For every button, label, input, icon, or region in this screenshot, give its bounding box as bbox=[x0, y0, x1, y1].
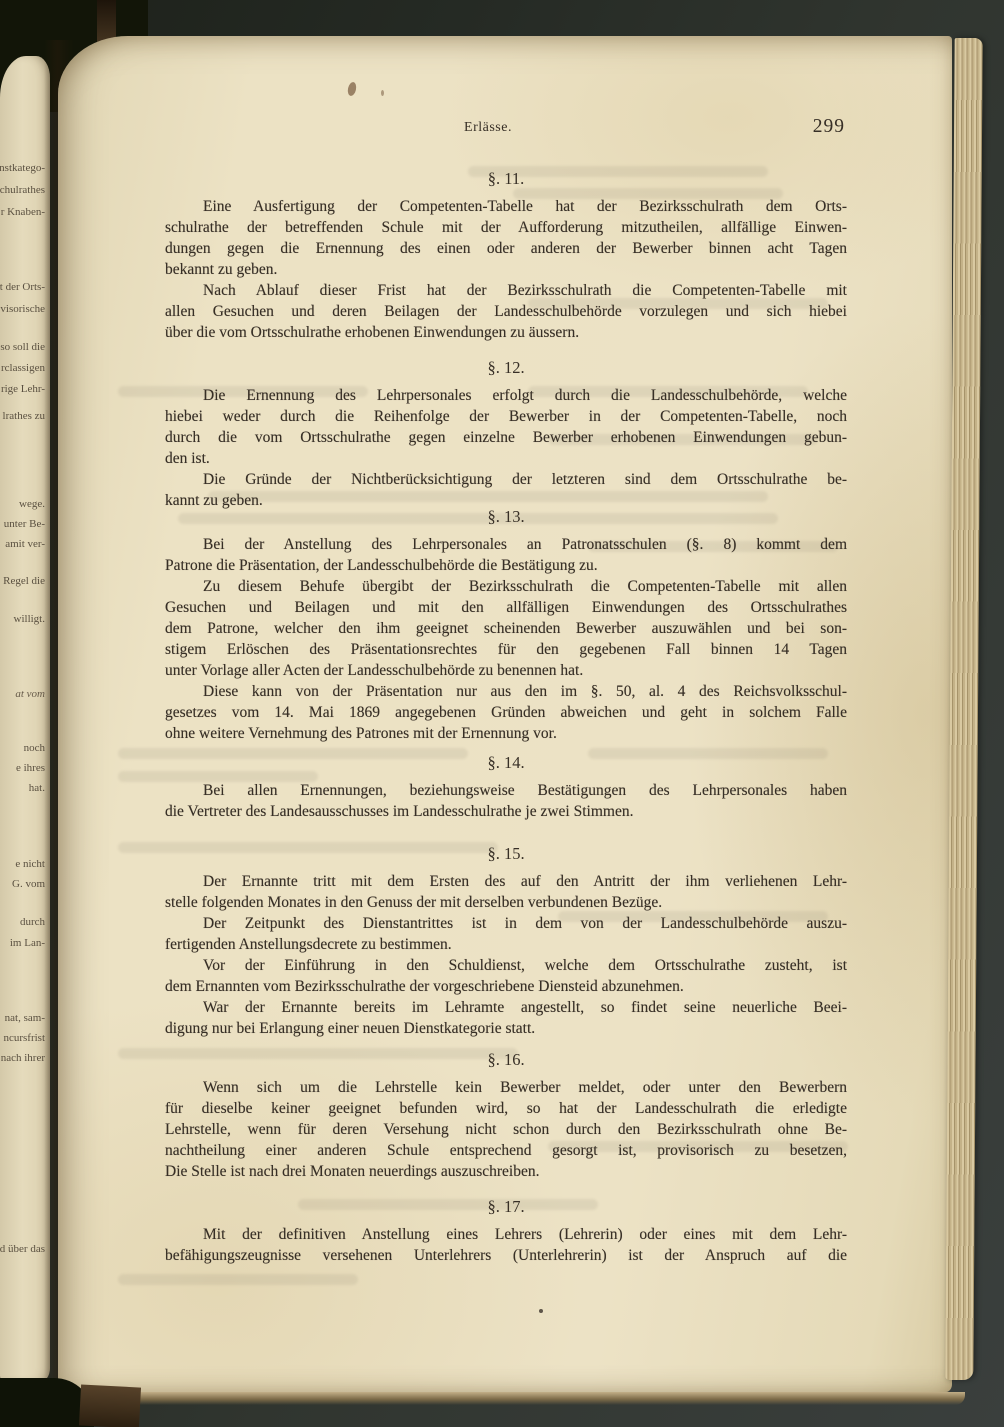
margin-fragment: lrathes zu bbox=[3, 410, 45, 423]
margin-fragment: ncursfrist bbox=[3, 1032, 45, 1045]
section-heading: §. 13. bbox=[165, 505, 847, 534]
text-line: stigem Erlöschen des Präsentationsrechte… bbox=[165, 639, 847, 660]
text-line: Die Ernennung des Lehrpersonales erfolgt… bbox=[165, 385, 847, 406]
text-line: Mit der definitiven Anstellung eines Leh… bbox=[165, 1224, 847, 1245]
text-line: stelle folgenden Monates in den Genuss d… bbox=[165, 892, 847, 913]
paragraph: Der Zeitpunkt des Dienstantrittes ist in… bbox=[165, 913, 847, 955]
text-line: über die vom Ortsschulrathe erhobenen Ei… bbox=[165, 322, 847, 343]
bleedthrough-smudge bbox=[118, 1274, 358, 1285]
margin-fragment: amit ver- bbox=[5, 538, 45, 551]
ink-speck bbox=[539, 1309, 543, 1313]
margin-fragment: durch bbox=[20, 916, 45, 929]
page-bottom-edge bbox=[62, 1392, 965, 1405]
margin-fragment: e ihres bbox=[16, 762, 45, 775]
margin-fragment: r Knaben- bbox=[1, 206, 45, 219]
text-line: die Vertreter des Landesausschusses im L… bbox=[165, 801, 847, 822]
text-line: durch die vom Ortsschulrathe gegen einze… bbox=[165, 427, 847, 448]
text-line: bekannt zu geben. bbox=[165, 259, 847, 280]
section-12: §. 12.Die Ernennung des Lehrpersonales e… bbox=[165, 356, 847, 511]
paragraph: Der Ernannte tritt mit dem Ersten des au… bbox=[165, 871, 847, 913]
text-line: Der Zeitpunkt des Dienstantrittes ist in… bbox=[165, 913, 847, 934]
text-line: hiebei weder durch die Reihenfolge der B… bbox=[165, 406, 847, 427]
section-heading: §. 15. bbox=[165, 842, 847, 871]
text-line: Bei allen Ernennungen, beziehungsweise B… bbox=[165, 780, 847, 801]
text-line: ohne weitere Vernehmung des Patrones mit… bbox=[165, 723, 847, 744]
paragraph: Die Ernennung des Lehrpersonales erfolgt… bbox=[165, 385, 847, 469]
margin-fragment: nach ihrer bbox=[1, 1052, 45, 1065]
section-heading: §. 11. bbox=[165, 167, 847, 196]
margin-fragment: d über das bbox=[0, 1243, 45, 1256]
paragraph: Diese kann von der Präsentation nur aus … bbox=[165, 681, 847, 744]
paragraph: War der Ernannte bereits im Lehramte ang… bbox=[165, 997, 847, 1039]
margin-fragment: at vom bbox=[15, 688, 45, 701]
text-line: unter Vorlage aller Acten der Landesschu… bbox=[165, 660, 847, 681]
text-line: digung nur bei Erlangung einer neuen Die… bbox=[165, 1018, 847, 1039]
section-heading: §. 16. bbox=[165, 1048, 847, 1077]
text-line: dem Patrone, welcher den ihm geeignet sc… bbox=[165, 618, 847, 639]
margin-fragment: im Lan- bbox=[10, 937, 45, 950]
paragraph: Wenn sich um die Lehrstelle kein Bewerbe… bbox=[165, 1077, 847, 1182]
book-spine-bottom bbox=[79, 1384, 141, 1427]
margin-fragment: rclassigen bbox=[1, 362, 45, 375]
section-15: §. 15.Der Ernannte tritt mit dem Ersten … bbox=[165, 842, 847, 1039]
paragraph: Nach Ablauf dieser Frist hat der Bezirks… bbox=[165, 280, 847, 343]
section-heading: §. 17. bbox=[165, 1195, 847, 1224]
margin-fragment: t der Orts- bbox=[0, 281, 45, 294]
book-page: Erlässe. 299 §. 11.Eine Ausfertigung der… bbox=[58, 36, 952, 1392]
text-line: fertigenden Anstellungsdecrete zu bestim… bbox=[165, 934, 847, 955]
running-head: Erlässe. bbox=[165, 120, 811, 136]
section-13: §. 13.Bei der Anstellung des Lehrpersona… bbox=[165, 505, 847, 744]
text-line: Diese kann von der Präsentation nur aus … bbox=[165, 681, 847, 702]
text-line: nachtheilung einer anderen Schule entspr… bbox=[165, 1140, 847, 1161]
margin-fragment: e nicht bbox=[15, 858, 45, 871]
section-14: §. 14.Bei allen Ernennungen, beziehungsw… bbox=[165, 751, 847, 822]
paragraph: Vor der Einführung in den Schuldienst, w… bbox=[165, 955, 847, 997]
text-line: Eine Ausfertigung der Competenten-Tabell… bbox=[165, 196, 847, 217]
section-17: §. 17.Mit der definitiven Anstellung ein… bbox=[165, 1195, 847, 1266]
ink-speck bbox=[347, 81, 358, 96]
margin-fragment: nat, sam- bbox=[5, 1012, 45, 1025]
text-line: schulrathe der betreffenden Schule mit d… bbox=[165, 217, 847, 238]
text-line: Zu diesem Behufe übergibt der Bezirkssch… bbox=[165, 576, 847, 597]
paragraph: Eine Ausfertigung der Competenten-Tabell… bbox=[165, 196, 847, 280]
section-16: §. 16.Wenn sich um die Lehrstelle kein B… bbox=[165, 1048, 847, 1182]
text-line: Der Ernannte tritt mit dem Ersten des au… bbox=[165, 871, 847, 892]
text-line: befähigungszeugnisse versehenen Unterleh… bbox=[165, 1245, 847, 1266]
margin-fragment: noch bbox=[24, 742, 45, 755]
text-line: allen Gesuchen und deren Beilagen der La… bbox=[165, 301, 847, 322]
margin-fragment: willigt. bbox=[14, 613, 45, 626]
margin-fragment: hat. bbox=[29, 782, 45, 795]
text-line: Die Gründe der Nichtberücksichtigung der… bbox=[165, 469, 847, 490]
text-line: War der Ernannte bereits im Lehramte ang… bbox=[165, 997, 847, 1018]
margin-fragment: schulrathes bbox=[0, 184, 45, 197]
text-line: Bei der Anstellung des Lehrpersonales an… bbox=[165, 534, 847, 555]
book-scan: enstkatego-schulrathesr Knaben-t der Ort… bbox=[0, 0, 1004, 1427]
text-line: Nach Ablauf dieser Frist hat der Bezirks… bbox=[165, 280, 847, 301]
margin-fragment: Regel die bbox=[3, 575, 45, 588]
page-header: Erlässe. 299 bbox=[165, 120, 847, 146]
margin-fragment: ovisorische bbox=[0, 303, 45, 316]
page-number: 299 bbox=[813, 116, 845, 138]
margin-fragment: unter Be- bbox=[4, 518, 45, 531]
text-line: dem Ernannten vom Bezirksschulrathe der … bbox=[165, 976, 847, 997]
paragraph: Bei allen Ernennungen, beziehungsweise B… bbox=[165, 780, 847, 822]
text-line: Patrone die Präsentation, der Landesschu… bbox=[165, 555, 847, 576]
margin-fragment: rige Lehr- bbox=[1, 383, 45, 396]
ink-speck bbox=[381, 90, 384, 96]
text-line: Die Stelle ist nach drei Monaten neuerdi… bbox=[165, 1161, 847, 1182]
text-line: Wenn sich um die Lehrstelle kein Bewerbe… bbox=[165, 1077, 847, 1098]
paragraph: Mit der definitiven Anstellung eines Leh… bbox=[165, 1224, 847, 1266]
paragraph: Zu diesem Behufe übergibt der Bezirkssch… bbox=[165, 576, 847, 681]
text-line: Gesuchen und Beilagen und mit den allfäl… bbox=[165, 597, 847, 618]
text-line: dungen gegen die Ernennung des einen ode… bbox=[165, 238, 847, 259]
text-line: Lehrstelle, wenn für deren Versehung nic… bbox=[165, 1119, 847, 1140]
margin-fragment: G. vom bbox=[12, 878, 45, 891]
margin-fragment: wege. bbox=[19, 498, 45, 511]
section-heading: §. 12. bbox=[165, 356, 847, 385]
paragraph: Bei der Anstellung des Lehrpersonales an… bbox=[165, 534, 847, 576]
facing-page-strip: enstkatego-schulrathesr Knaben-t der Ort… bbox=[0, 56, 50, 1382]
margin-fragment: enstkatego- bbox=[0, 162, 45, 175]
text-line: den ist. bbox=[165, 448, 847, 469]
text-line: für dieselbe keiner geeignet befunden wi… bbox=[165, 1098, 847, 1119]
section-heading: §. 14. bbox=[165, 751, 847, 780]
text-line: gesetzes vom 14. Mai 1869 angegebenen Gr… bbox=[165, 702, 847, 723]
section-11: §. 11.Eine Ausfertigung der Competenten-… bbox=[165, 167, 847, 343]
margin-fragment: so soll die bbox=[0, 341, 45, 354]
text-line: Vor der Einführung in den Schuldienst, w… bbox=[165, 955, 847, 976]
